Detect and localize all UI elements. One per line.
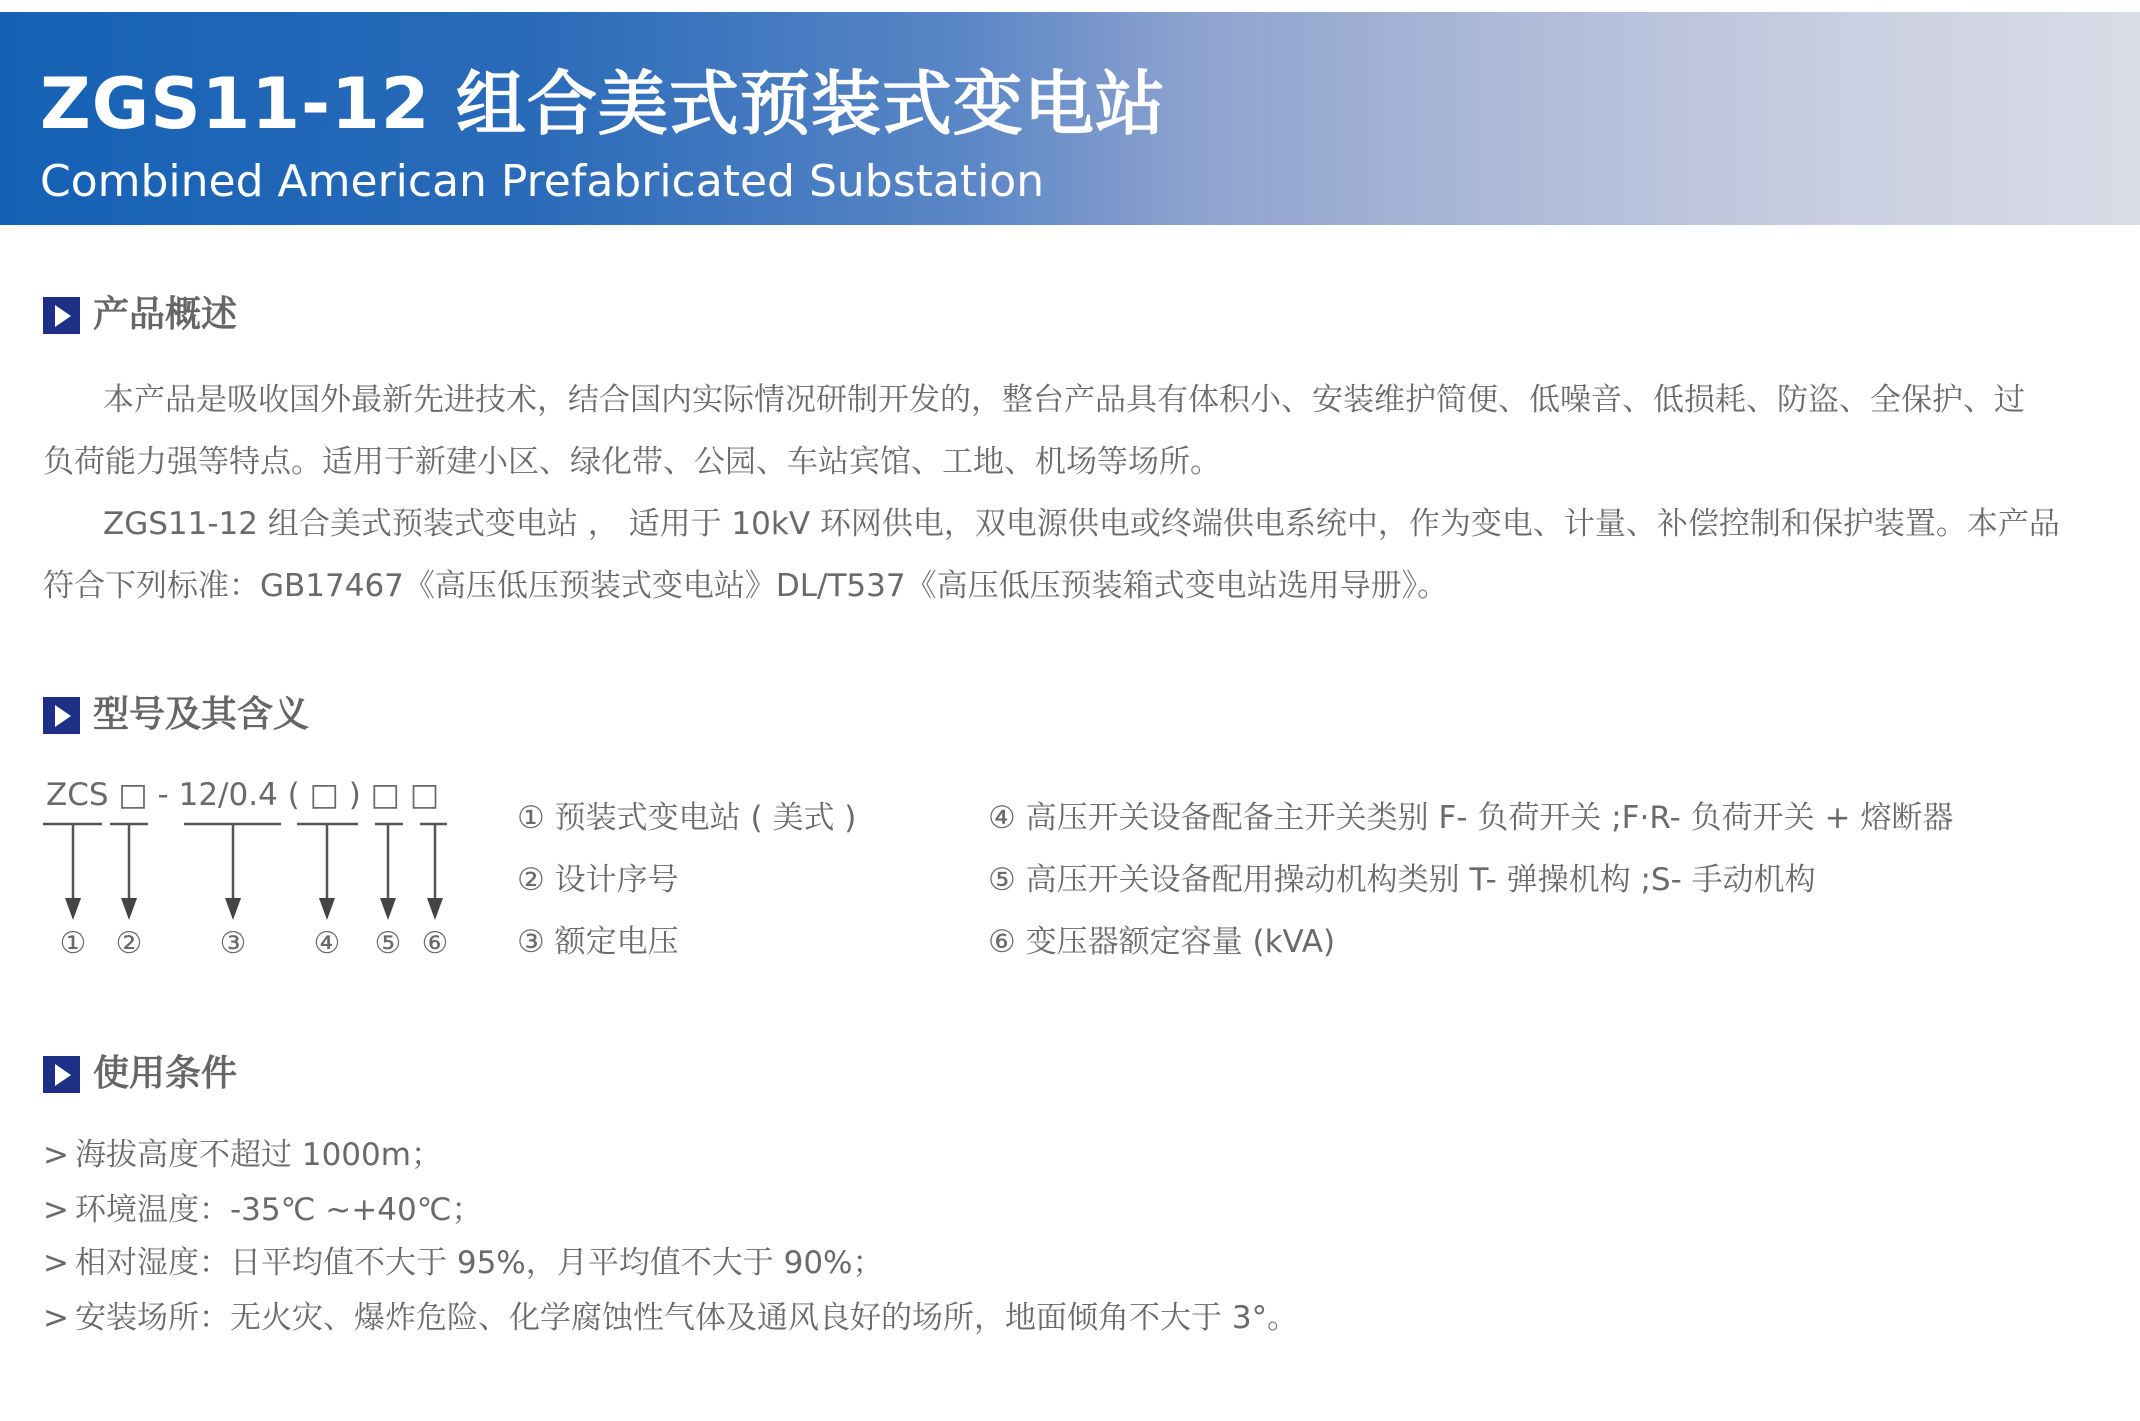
play-triangle-icon bbox=[43, 297, 80, 334]
section-heading-model: 型号及其含义 bbox=[43, 696, 309, 734]
chevron-right-icon: > bbox=[43, 1133, 75, 1177]
section-heading-conditions: 使用条件 bbox=[43, 1055, 237, 1093]
overview-line: 符合下列标准：GB17467《高压低压预装式变电站》DL/T537《高压低压预装… bbox=[43, 564, 1448, 608]
play-triangle-icon bbox=[43, 697, 80, 734]
marker-1: ① bbox=[53, 926, 93, 962]
condition-item: >海拔高度不超过 1000m； bbox=[43, 1133, 442, 1177]
legend-item-4: ④ 高压开关设备配备主开关类别 F- 负荷开关 ;F·R- 负荷开关 + 熔断器 bbox=[988, 796, 1953, 840]
page-subtitle: Combined American Prefabricated Substati… bbox=[40, 154, 1044, 210]
marker-3: ③ bbox=[213, 926, 253, 962]
legend-item-6: ⑥ 变压器额定容量 (kVA) bbox=[988, 920, 1335, 964]
play-triangle-icon bbox=[43, 1056, 80, 1093]
chevron-right-icon: > bbox=[43, 1188, 75, 1232]
legend-item-2: ② 设计序号 bbox=[517, 858, 679, 902]
chevron-right-icon: > bbox=[43, 1296, 75, 1340]
condition-text: 海拔高度不超过 1000m； bbox=[75, 1137, 442, 1173]
legend-item-3: ③ 额定电压 bbox=[517, 920, 679, 964]
condition-item: >安装场所：无火灾、爆炸危险、化学腐蚀性气体及通风良好的场所，地面倾角不大于 3… bbox=[43, 1296, 1298, 1340]
marker-2: ② bbox=[109, 926, 149, 962]
legend-item-5: ⑤ 高压开关设备配用操动机构类别 T- 弹操机构 ;S- 手动机构 bbox=[988, 858, 1816, 902]
section-title: 使用条件 bbox=[93, 1052, 237, 1096]
condition-text: 环境温度：-35℃ ~+40℃； bbox=[75, 1192, 483, 1228]
marker-4: ④ bbox=[307, 926, 347, 962]
condition-item: >环境温度：-35℃ ~+40℃； bbox=[43, 1188, 483, 1232]
model-code: ZCS □ - 12/0.4 ( □ ) □ □ bbox=[46, 775, 439, 815]
chevron-right-icon: > bbox=[43, 1241, 75, 1285]
overview-line: 本产品是吸收国外最新先进技术，结合国内实际情况研制开发的，整台产品具有体积小、安… bbox=[103, 378, 2025, 422]
section-title: 型号及其含义 bbox=[93, 693, 309, 737]
condition-text: 相对湿度：日平均值不大于 95%，月平均值不大于 90%； bbox=[75, 1245, 884, 1281]
section-title: 产品概述 bbox=[93, 293, 237, 337]
overview-line: ZGS11-12 组合美式预装式变电站 ， 适用于 10kV 环网供电，双电源供… bbox=[103, 502, 2060, 546]
condition-text: 安装场所：无火灾、爆炸危险、化学腐蚀性气体及通风良好的场所，地面倾角不大于 3°… bbox=[75, 1300, 1298, 1336]
condition-item: >相对湿度：日平均值不大于 95%，月平均值不大于 90%； bbox=[43, 1241, 884, 1285]
page-title: ZGS11-12 组合美式预装式变电站 bbox=[40, 56, 1166, 152]
section-heading-overview: 产品概述 bbox=[43, 296, 237, 334]
marker-6: ⑥ bbox=[415, 926, 455, 962]
overview-line: 负荷能力强等特点。适用于新建小区、绿化带、公园、车站宾馆、工地、机场等场所。 bbox=[43, 440, 1221, 484]
legend-item-1: ① 预装式变电站 ( 美式 ) bbox=[517, 796, 856, 840]
title-banner: ZGS11-12 组合美式预装式变电站 Combined American Pr… bbox=[0, 12, 2140, 225]
marker-5: ⑤ bbox=[368, 926, 408, 962]
